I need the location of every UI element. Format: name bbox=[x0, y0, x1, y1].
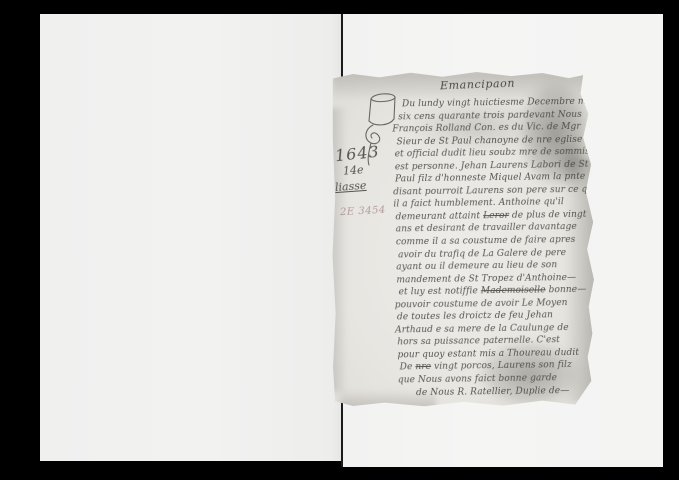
manuscript-word-segment: Sieur de St Paul chanoyne de nre eglise bbox=[396, 134, 582, 147]
manuscript-word-segment: de Nous R. Ratellier, Duplie de— bbox=[416, 386, 569, 398]
struck-through-word: Mademoiselle bbox=[481, 286, 546, 297]
manuscript-word-segment: ans et desirant de travailler davantage bbox=[396, 222, 577, 235]
archive-cote-annotation: 2E 3454 bbox=[340, 205, 386, 218]
manuscript-word-segment: Paul filz d'honneste Miquel Avam la pnte bbox=[395, 172, 585, 185]
manuscript-word-segment: de toutes les droictz de feu Jehan bbox=[397, 311, 553, 323]
manuscript-word-segment: François Rolland Con. es du Vic. de Mgr bbox=[392, 122, 581, 135]
manuscript-text: Du lundy vingt huictiesme Decembre mil—s… bbox=[396, 96, 600, 400]
manuscript-word-segment: est personne. Jehan Laurens Labori de St bbox=[395, 159, 589, 172]
manuscript-word-segment: que Nous avons faict bonne garde bbox=[398, 373, 557, 385]
manuscript-word-segment: de plus de vingt bbox=[509, 210, 587, 221]
manuscript-page: Emancipaon 1643 14e liasse 2E 3454 Du lu… bbox=[332, 70, 595, 408]
manuscript-word-segment: ayant ou il demeure au lieu de son bbox=[396, 260, 557, 272]
manuscript-word-segment: avoir du trafiq de La Galere de pere bbox=[398, 248, 566, 260]
blank-facing-page bbox=[40, 14, 341, 461]
manuscript-word-segment: Arthaud e sa mere de la Caulunge de bbox=[395, 323, 569, 335]
manuscript-word-segment: il a faict humblement. Anthoine qu'il bbox=[393, 197, 564, 209]
manuscript-line: de Nous R. Ratellier, Duplie de— bbox=[416, 384, 600, 399]
manuscript-word-segment: et luy est notiffie bbox=[399, 286, 481, 297]
manuscript-word-segment: De bbox=[400, 363, 416, 373]
margin-note-liasse: liasse bbox=[335, 179, 367, 194]
margin-note-item-number: 14e bbox=[343, 163, 364, 177]
document-type-heading: Emancipaon bbox=[440, 77, 516, 93]
struck-through-word: Leror bbox=[483, 211, 509, 221]
struck-through-word: nre bbox=[415, 362, 431, 372]
manuscript-word-segment: bonne— bbox=[546, 285, 587, 296]
manuscript-word-segment: demeurant attaint bbox=[395, 211, 483, 222]
manuscript-word-segment: six cens quarante trois pardevant Nous bbox=[398, 109, 582, 122]
manuscript-word-segment: vingt porcos, Laurens son filz bbox=[431, 360, 572, 372]
manuscript-word-segment: hors sa puissance paternelle. C'est bbox=[397, 336, 560, 348]
scan-frame: Emancipaon 1643 14e liasse 2E 3454 Du lu… bbox=[0, 0, 679, 480]
manuscript-word-segment: pour quoy estant mis a Thoureau dudit bbox=[397, 348, 579, 361]
manuscript-word-segment: Du lundy vingt huictiesme Decembre mil— bbox=[402, 97, 602, 110]
manuscript-word-segment: comme il a sa coustume de faire apres bbox=[396, 235, 576, 248]
manuscript-word-segment: disant pourroit Laurens son pere sur ce … bbox=[393, 184, 599, 197]
manuscript-word-segment: pouvoir coustume de avoir Le Moyen bbox=[395, 298, 568, 310]
manuscript-word-segment: mandement de St Tropez d'Anthoine— bbox=[396, 273, 576, 286]
